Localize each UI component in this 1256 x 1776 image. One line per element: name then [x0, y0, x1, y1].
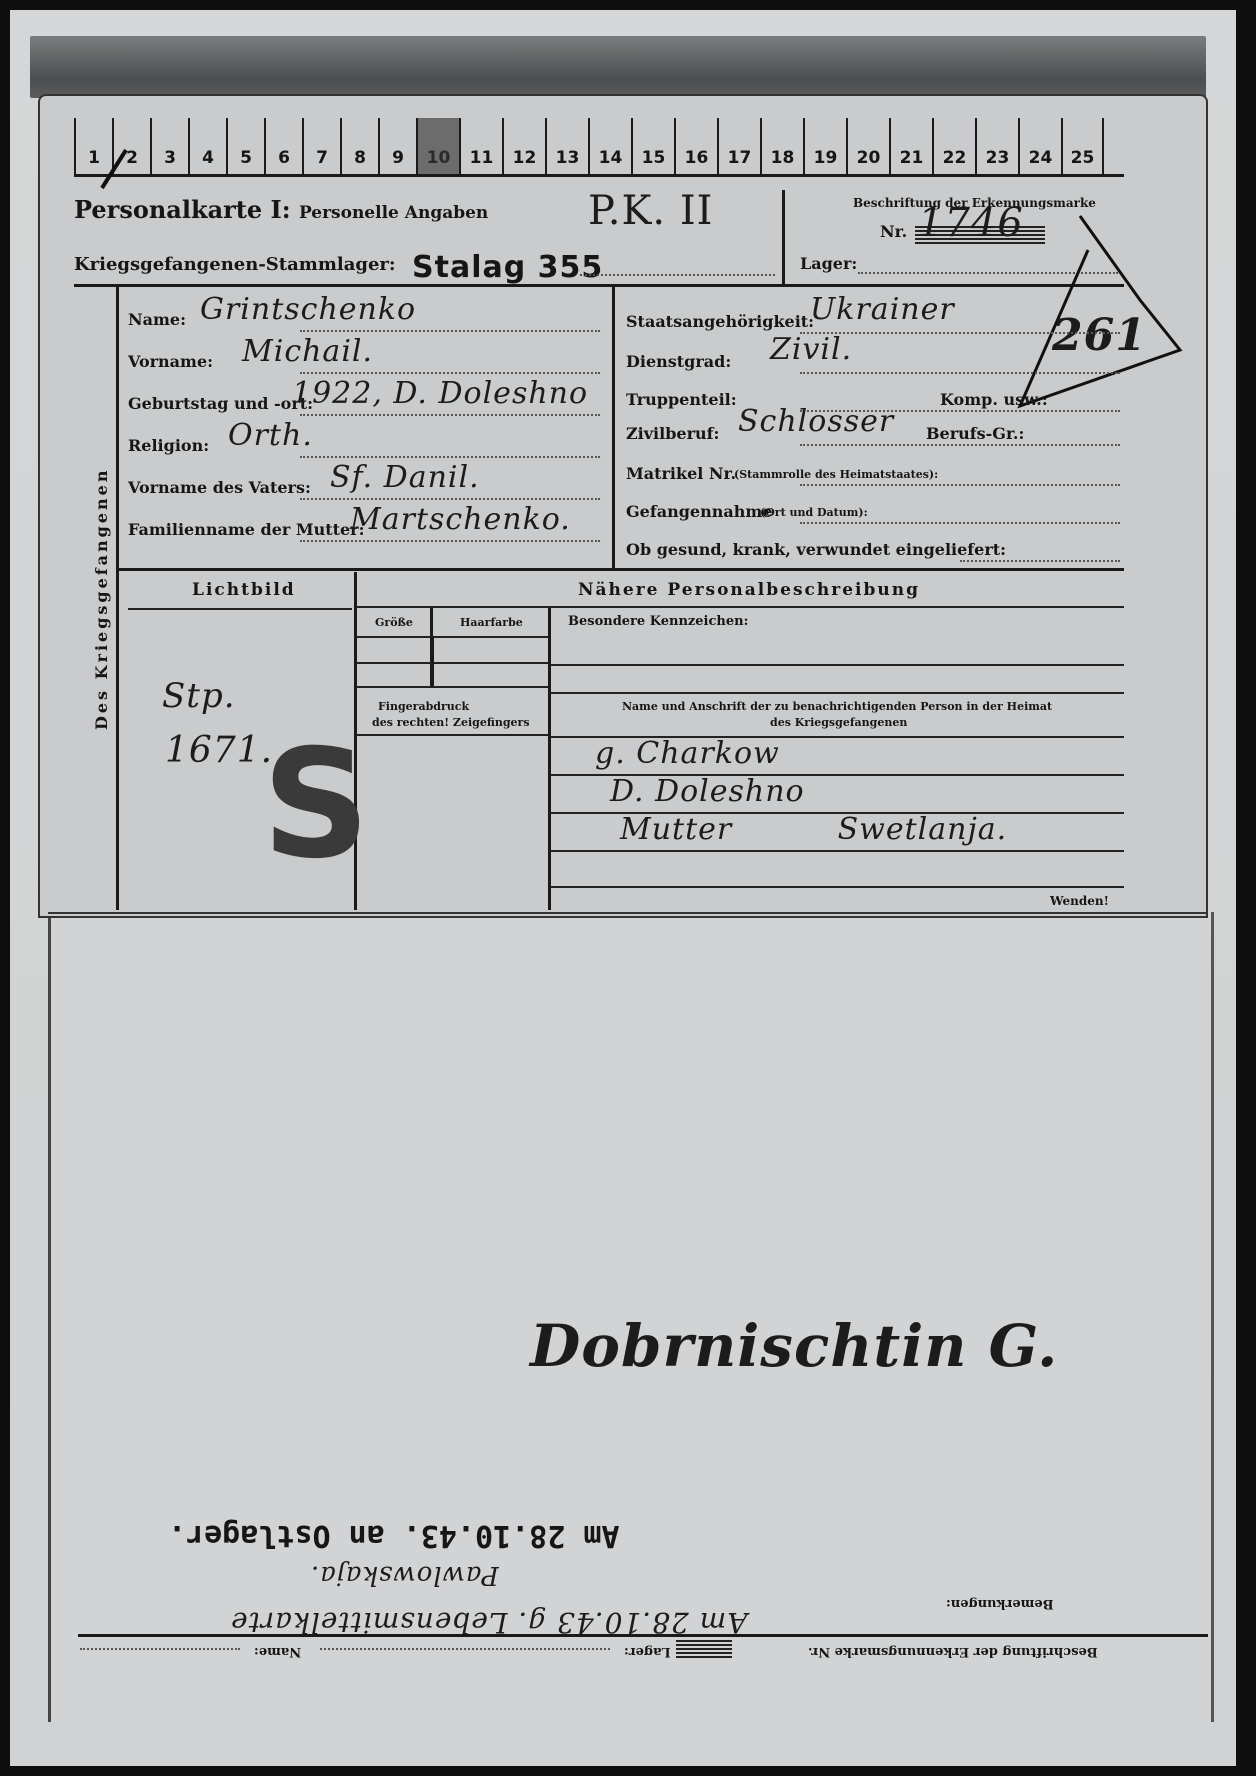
camp-label: Kriegsgefangenen-Stammlager:: [74, 254, 396, 275]
field-label-1: Vorname:: [128, 352, 213, 371]
number-cell-7: 7: [302, 118, 340, 174]
fingerprint-label-1: Fingerabdruck: [378, 700, 469, 713]
right-field-value-1: Zivil.: [770, 332, 852, 367]
right-field-label-5: Gefangennahme: [626, 502, 772, 521]
handwritten-pk-note: P.K. II: [588, 188, 713, 234]
camp-dotted-line: [580, 274, 775, 276]
right-field-note-5: (Ort und Datum):: [760, 506, 868, 519]
scan-shadow: [30, 36, 1206, 98]
field-value-3: Orth.: [228, 418, 313, 453]
tag-nr-label: Nr.: [880, 222, 907, 241]
number-cell-13: 13: [545, 118, 588, 174]
photo-header: Lichtbild: [192, 580, 296, 600]
contact-line-1: g. Charkow: [595, 736, 780, 771]
description-header-rule: [356, 606, 1124, 608]
number-cell-3: 3: [150, 118, 188, 174]
fingerprint-label-2: des rechten! Zeigefingers: [372, 716, 530, 729]
fields-column-divider: [612, 286, 615, 568]
table-rule-1: [356, 636, 548, 638]
reverse-tag-lines: [676, 1640, 732, 1658]
right-field-dotted-line-6: [960, 560, 1120, 562]
card-subtitle: Personelle Angaben: [299, 203, 488, 223]
transfer-stamp: Am 28.10.43. an Ostlager.: [168, 1518, 620, 1553]
right-field-label-4: Matrikel Nr.: [626, 464, 736, 483]
right-field-dotted-line-1: [800, 372, 1120, 374]
contact-line-3: Mutter Swetlanja.: [620, 812, 1007, 847]
field-value-2: 1922, D. Doleshno: [292, 376, 588, 411]
number-cell-20: 20: [846, 118, 889, 174]
number-cell-10: 10: [416, 118, 459, 174]
photo-annotation-2: 1671.: [165, 730, 273, 771]
number-cell-4: 4: [188, 118, 226, 174]
field-dotted-line-3: [300, 456, 600, 458]
body-left-border: [116, 286, 119, 910]
reverse-lager-label: Lager:: [624, 1644, 671, 1659]
field-value-1: Michail.: [242, 334, 373, 369]
contact-label-1: Name und Anschrift der zu benachrichtige…: [622, 700, 1052, 713]
fold-line: [48, 912, 1208, 914]
number-cell-11: 11: [459, 118, 502, 174]
number-cell-15: 15: [631, 118, 674, 174]
reverse-tag-label: Beschriftung der Erkennungsmarke Nr.: [808, 1644, 1098, 1659]
photo-stamp-letter: S: [262, 730, 370, 880]
side-label: Des Kriegsgefangenen: [92, 468, 111, 730]
right-field-label-3: Zivilberuf:: [626, 424, 719, 443]
remarks-label: Bemerkungen:: [946, 1596, 1054, 1611]
contact-rule-3: [550, 850, 1124, 852]
field-label-4: Vorname des Vaters:: [128, 478, 311, 497]
features-column-border: [548, 608, 551, 910]
contact-rule-4: [550, 886, 1124, 888]
number-cell-14: 14: [588, 118, 631, 174]
reverse-handwritten-note: Pawlowskaja.: [310, 1560, 499, 1590]
number-cell-12: 12: [502, 118, 545, 174]
field-dotted-line-1: [300, 372, 600, 374]
reverse-rule: [78, 1634, 1208, 1637]
number-cell-23: 23: [975, 118, 1018, 174]
fields-bottom-rule: [118, 568, 1124, 571]
hair-column-header: Haarfarbe: [460, 616, 523, 629]
field-dotted-line-5: [300, 540, 600, 542]
lager-label: Lager:: [800, 254, 857, 273]
number-cell-21: 21: [889, 118, 932, 174]
table-rule-3: [356, 686, 548, 688]
number-cell-6: 6: [264, 118, 302, 174]
number-cell-5: 5: [226, 118, 264, 174]
number-strip: 1234567891011121314151617181920212223242…: [74, 118, 1104, 174]
number-cell-19: 19: [803, 118, 846, 174]
triangle-mark-value: 261: [1052, 310, 1147, 361]
features-rule-2: [550, 692, 1124, 694]
signature: Dobrnischtin G.: [530, 1312, 1058, 1380]
right-field-dotted-line-5: [800, 522, 1120, 524]
field-dotted-line-2: [300, 414, 600, 416]
reverse-dotted-line: [320, 1648, 610, 1650]
contact-line-2: D. Doleshno: [610, 774, 805, 809]
number-strip-rule: [74, 174, 1124, 177]
right-field-label-6: Ob gesund, krank, verwundet eingeliefert…: [626, 540, 1006, 559]
right-field-dotted-line-4: [800, 484, 1120, 486]
field-label-5: Familienname der Mutter:: [128, 520, 365, 539]
photo-annotation-1: Stp.: [162, 676, 236, 716]
number-cell-9: 9: [378, 118, 416, 174]
number-cell-8: 8: [340, 118, 378, 174]
field-label-0: Name:: [128, 310, 186, 329]
field-dotted-line-0: [300, 330, 600, 332]
number-cell-16: 16: [674, 118, 717, 174]
right-field-label-0: Staatsangehörigkeit:: [626, 312, 814, 331]
field-value-0: Grintschenko: [200, 292, 416, 327]
number-cell-22: 22: [932, 118, 975, 174]
header-divider: [782, 190, 785, 284]
number-cell-24: 24: [1018, 118, 1061, 174]
camp-value: Stalag 355: [412, 250, 603, 285]
header-bottom-rule: [74, 284, 1124, 287]
right-field-label-1: Dienstgrad:: [626, 352, 731, 371]
field-value-4: Sf. Danil.: [330, 460, 480, 495]
right-field-value-3: Schlosser: [738, 404, 894, 439]
number-cell-18: 18: [760, 118, 803, 174]
right-field-extra-label-2: Komp. usw.:: [940, 390, 1048, 409]
fingerprint-rule: [356, 734, 548, 736]
slash-mark-icon: [96, 146, 132, 192]
right-field-value-0: Ukrainer: [810, 292, 955, 327]
table-rule-2: [356, 662, 548, 664]
features-label: Besondere Kennzeichen:: [568, 614, 748, 629]
photo-header-rule: [128, 608, 352, 610]
field-label-3: Religion:: [128, 436, 209, 455]
right-field-extra-label-3: Berufs-Gr.:: [926, 424, 1024, 443]
features-rule-1: [550, 664, 1124, 666]
number-cell-25: 25: [1061, 118, 1104, 174]
table-inner-divider: [432, 636, 434, 686]
right-field-note-4: (Stammrolle des Heimatstaates):: [734, 468, 938, 481]
field-label-2: Geburtstag und -ort:: [128, 394, 313, 413]
contact-label-2: des Kriegsgefangenen: [770, 716, 907, 729]
right-field-dotted-line-3: [800, 444, 1120, 446]
reverse-name-label: Name:: [254, 1644, 301, 1659]
height-column-header: Größe: [375, 616, 413, 629]
number-cell-17: 17: [717, 118, 760, 174]
field-dotted-line-4: [300, 498, 600, 500]
field-value-5: Martschenko.: [350, 502, 571, 537]
card-title: Personalkarte I: Personelle Angaben: [74, 195, 488, 224]
reverse-dotted-line-2: [80, 1648, 240, 1650]
right-field-label-2: Truppenteil:: [626, 390, 737, 409]
turn-over-note: Wenden!: [1050, 894, 1109, 908]
description-header: Nähere Personalbeschreibung: [578, 580, 920, 600]
